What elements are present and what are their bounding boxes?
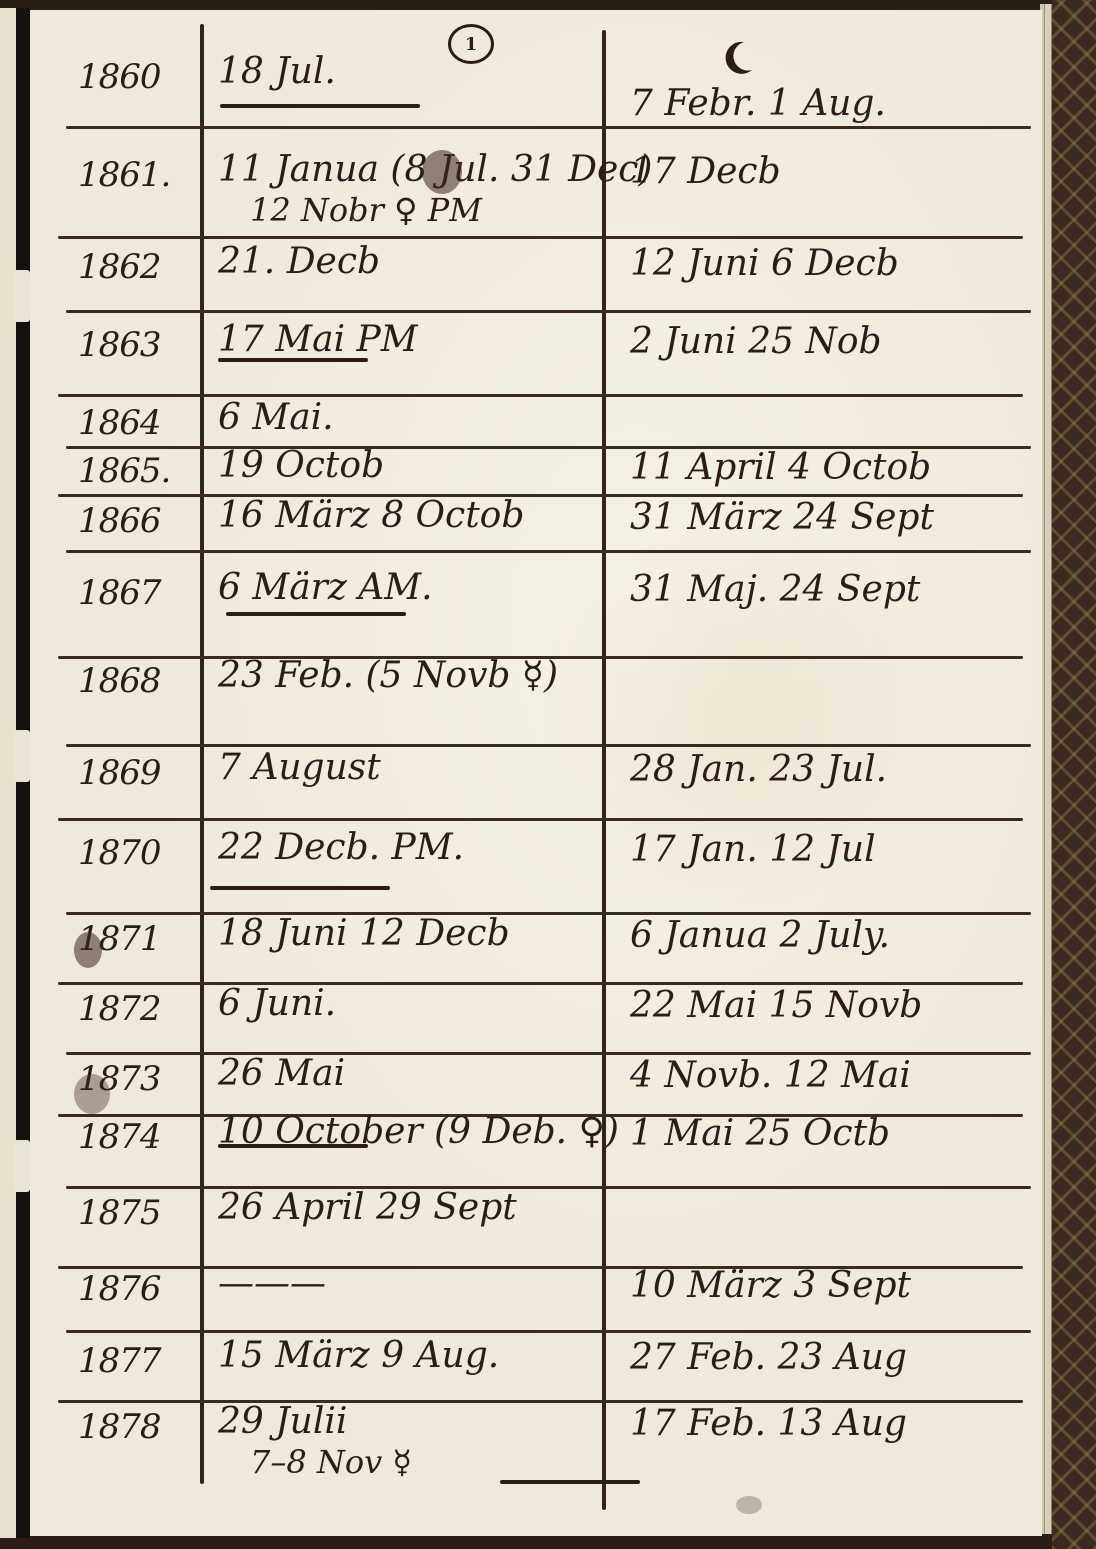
solar-eclipse-cell: 17 Mai PM	[218, 322, 418, 358]
year-cell: 1874	[78, 1120, 161, 1154]
year-cell: 1877	[78, 1344, 161, 1378]
row-rule	[66, 1330, 1031, 1333]
ink-blot	[422, 150, 462, 194]
row-rule	[66, 310, 1031, 313]
binding-thread	[14, 1140, 30, 1192]
year-cell: 1864	[78, 406, 161, 440]
row-rule	[66, 126, 1031, 129]
row-rule	[66, 744, 1031, 747]
row-rule	[58, 394, 1023, 397]
year-cell: 1875	[78, 1196, 161, 1230]
ink-blot	[736, 1496, 762, 1514]
lunar-eclipse-cell: 17 Decb	[630, 154, 781, 190]
lunar-eclipse-cell: 2 Juni 25 Nob	[630, 324, 882, 360]
column-rule-year	[200, 24, 204, 1484]
year-cell: 1862	[78, 250, 161, 284]
lunar-eclipse-cell: 11 April 4 Octob	[630, 450, 931, 486]
lunar-eclipse-cell: 10 März 3 Sept	[630, 1268, 911, 1304]
lunar-eclipse-cell: 7 Febr. 1 Aug.	[630, 86, 886, 122]
ink-underline	[226, 612, 406, 616]
year-cell: 1869	[78, 756, 161, 790]
solar-eclipse-cell: 16 März 8 Octob	[218, 498, 524, 534]
ledger-page: 1 186018 Jul.7 Febr. 1 Aug.1861.11 Janua…	[30, 10, 1042, 1536]
solar-eclipse-cell: 7 August	[218, 750, 381, 786]
year-cell: 1870	[78, 836, 161, 870]
year-cell: 1865.	[78, 454, 170, 488]
year-cell: 1861.	[78, 158, 170, 192]
year-cell: 1863	[78, 328, 161, 362]
row-rule	[58, 818, 1023, 821]
page-number: 1	[448, 24, 494, 64]
lunar-eclipse-cell: 17 Jan. 12 Jul	[630, 832, 876, 868]
photo-scene: 1 186018 Jul.7 Febr. 1 Aug.1861.11 Janua…	[0, 0, 1096, 1549]
solar-eclipse-cell: 18 Jul.	[218, 54, 336, 90]
solar-eclipse-cell: 22 Decb. PM.	[218, 830, 464, 866]
row-rule	[66, 1186, 1031, 1189]
row-rule	[58, 236, 1023, 239]
lunar-eclipse-cell: 31 Maj. 24 Sept	[630, 572, 920, 608]
solar-eclipse-cell: 6 Juni.	[218, 986, 336, 1022]
ink-underline	[218, 358, 368, 362]
ink-underline	[210, 886, 390, 890]
solar-eclipse-cell: 26 April 29 Sept	[218, 1190, 517, 1226]
column-rule-solar	[602, 30, 606, 1510]
solar-eclipse-cell: 29 Julii	[218, 1404, 347, 1440]
ink-underline	[218, 1144, 368, 1148]
ink-underline	[220, 104, 420, 108]
lunar-eclipse-cell: 17 Feb. 13 Aug	[630, 1406, 907, 1442]
year-cell: 1866	[78, 504, 161, 538]
year-cell: 1867	[78, 576, 161, 610]
ink-blot	[74, 1074, 110, 1114]
solar-eclipse-cell: 23 Feb. (5 Novb ☿)	[218, 658, 558, 694]
ink-underline	[500, 1480, 640, 1484]
year-cell: 1878	[78, 1410, 161, 1444]
solar-eclipse-cell: 6 Mai.	[218, 400, 334, 436]
lunar-eclipse-cell: 12 Juni 6 Decb	[630, 246, 899, 282]
moon-crescent-icon	[718, 38, 758, 78]
solar-eclipse-cell: ———	[218, 1266, 326, 1302]
year-cell: 1872	[78, 992, 161, 1026]
binding-thread	[14, 270, 30, 322]
binding-thread	[14, 730, 30, 782]
solar-eclipse-cell: 15 März 9 Aug.	[218, 1338, 499, 1374]
solar-eclipse-note: 7–8 Nov ☿	[250, 1446, 412, 1478]
lunar-eclipse-cell: 27 Feb. 23 Aug	[630, 1340, 907, 1376]
book-cover	[1052, 0, 1096, 1549]
lunar-eclipse-cell: 22 Mai 15 Novb	[630, 988, 922, 1024]
year-cell: 1876	[78, 1272, 161, 1306]
solar-eclipse-note: 12 Nobr ♀ PM	[250, 194, 482, 226]
solar-eclipse-cell: 21. Decb	[218, 244, 380, 280]
ink-blot	[74, 932, 102, 968]
lunar-eclipse-cell: 1 Mai 25 Octb	[630, 1116, 890, 1152]
year-cell: 1860	[78, 60, 161, 94]
lunar-eclipse-cell: 28 Jan. 23 Jul.	[630, 752, 887, 788]
solar-eclipse-cell: 19 Octob	[218, 448, 384, 484]
row-rule	[66, 550, 1031, 553]
solar-eclipse-cell: 6 März AM.	[218, 570, 433, 606]
lunar-eclipse-cell: 4 Novb. 12 Mai	[630, 1058, 911, 1094]
year-cell: 1868	[78, 664, 161, 698]
lunar-eclipse-cell: 6 Janua 2 July.	[630, 918, 890, 954]
solar-eclipse-cell: 18 Juni 12 Decb	[218, 916, 510, 952]
lunar-eclipse-cell: 31 März 24 Sept	[630, 500, 934, 536]
solar-eclipse-cell: 26 Mai	[218, 1056, 345, 1092]
